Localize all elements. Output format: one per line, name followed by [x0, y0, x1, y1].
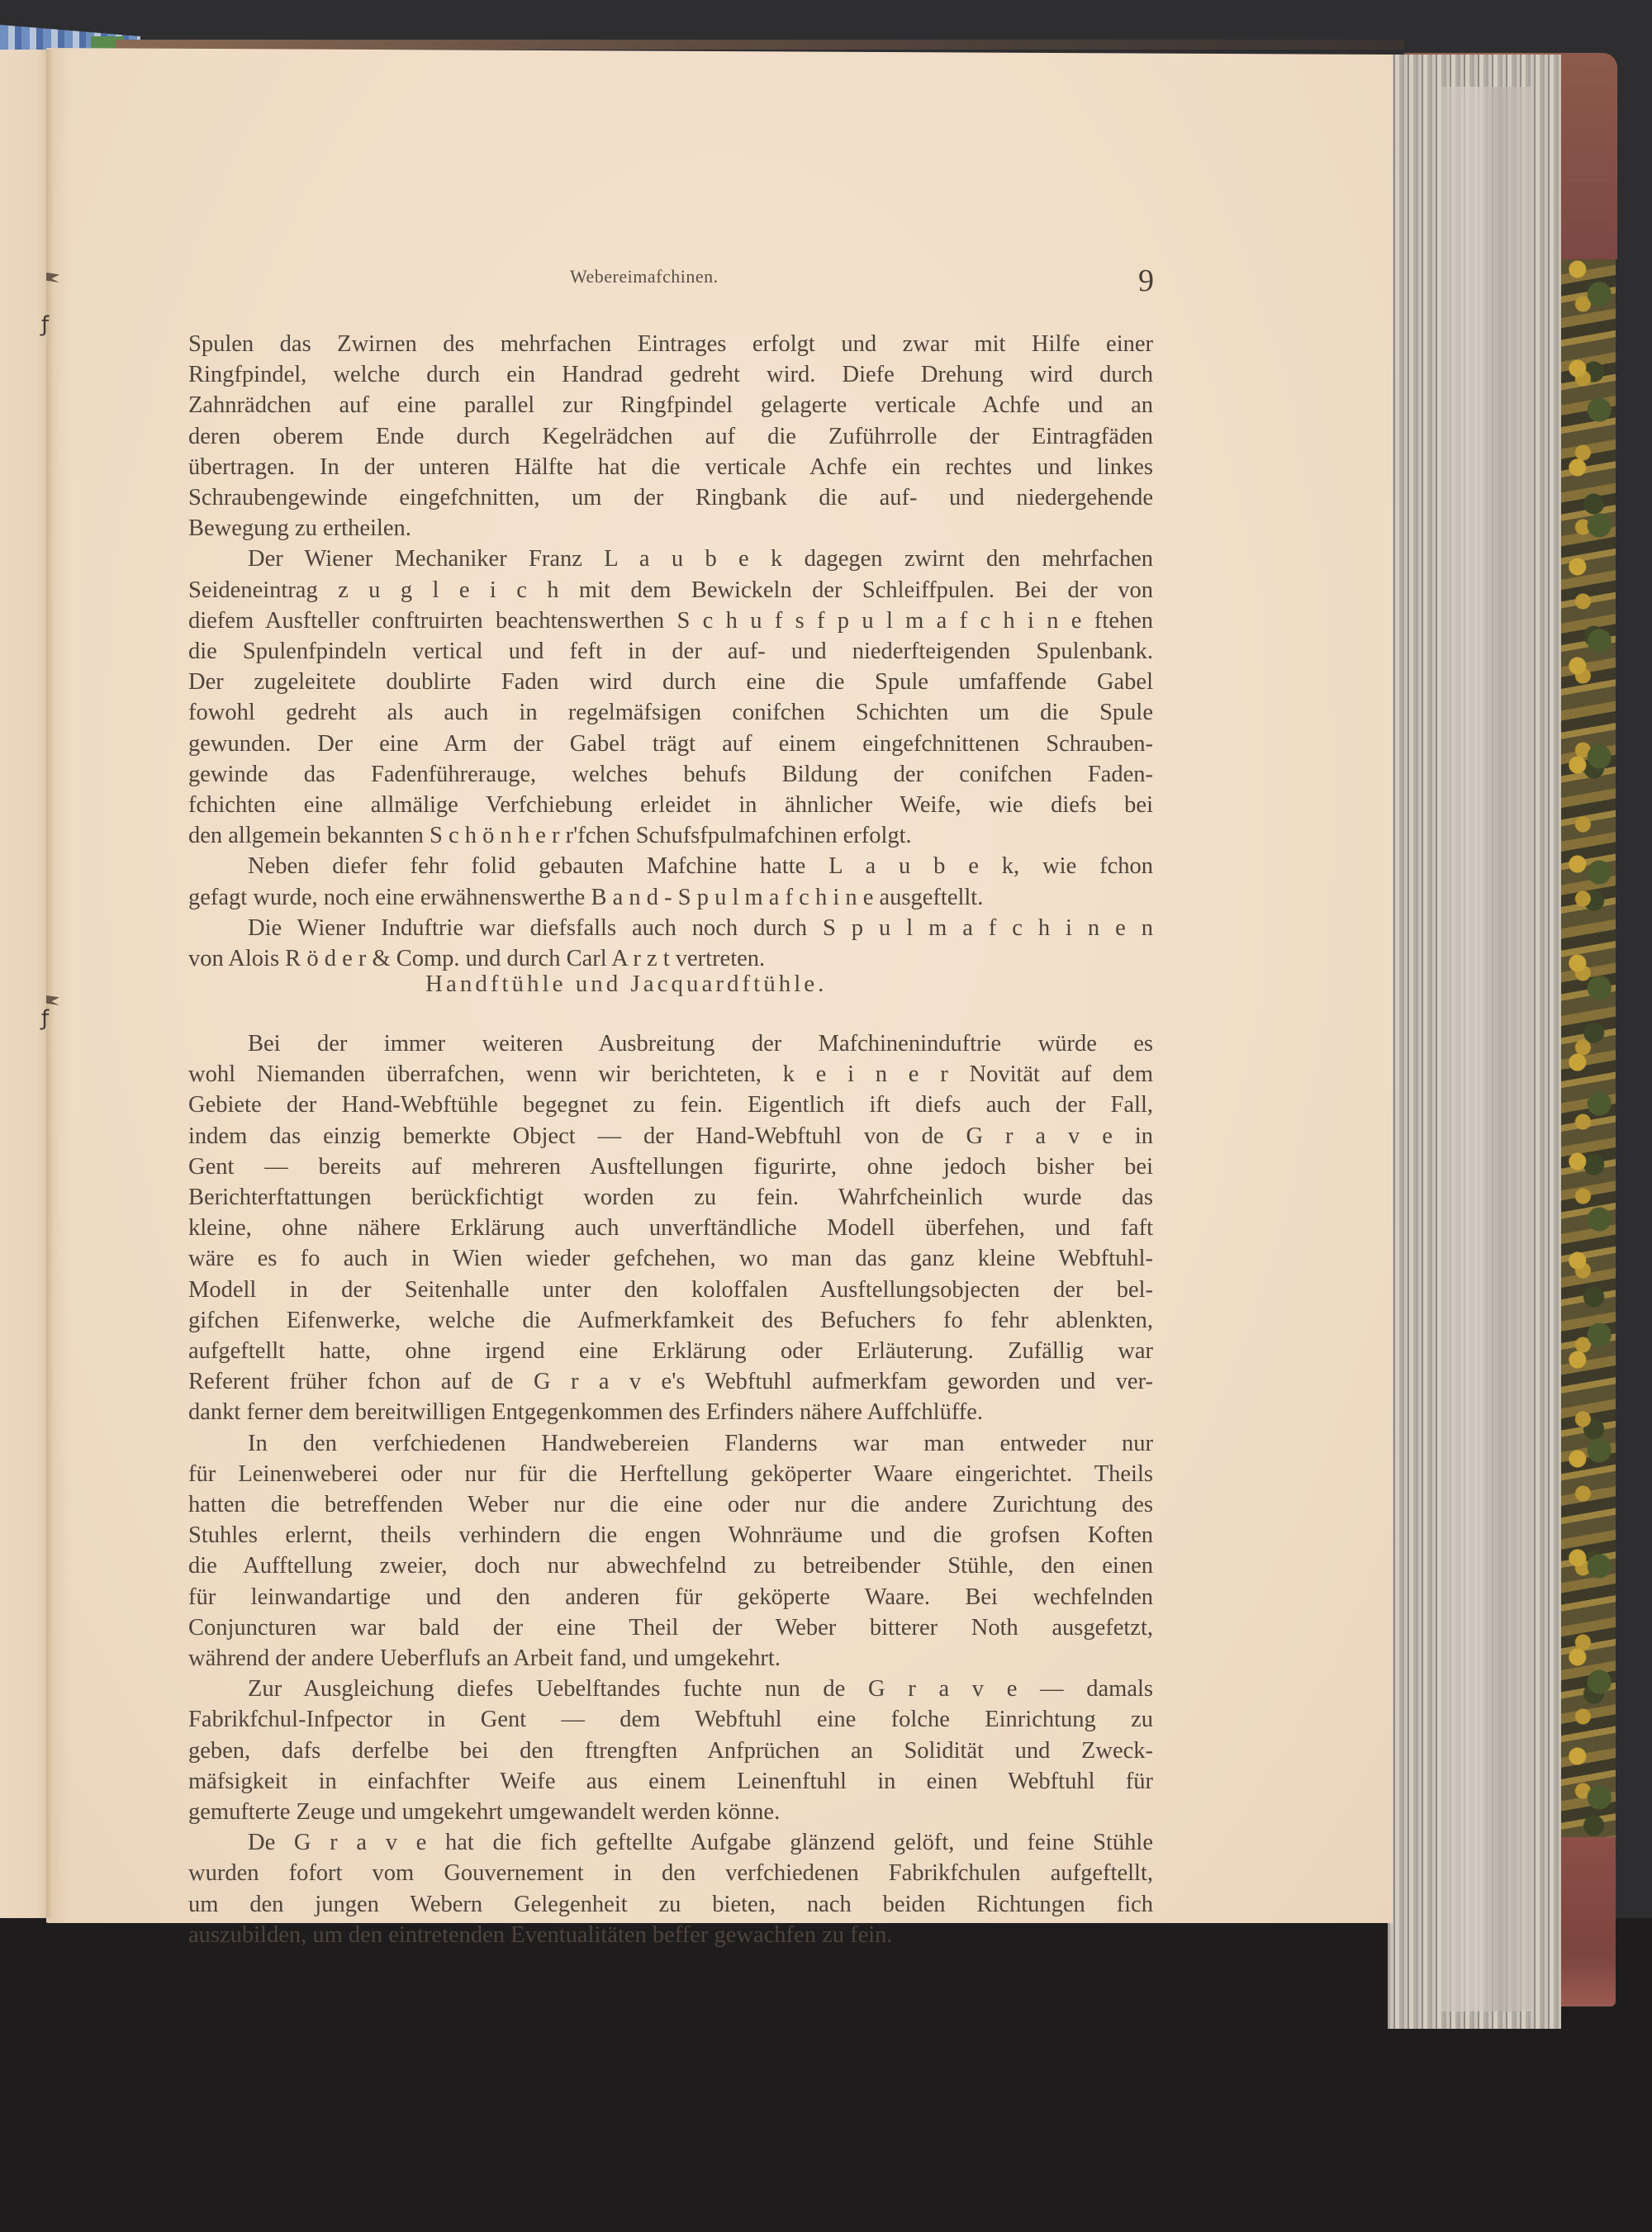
leather-corner-bottom	[1561, 1837, 1616, 2006]
text-line: um den jungen Webern Gelegenheit zu biet…	[188, 1889, 1153, 1920]
text-line: gifchen Eifenwerke, welche die Aufmerkfa…	[188, 1305, 1153, 1336]
text-line: hatten die betreffenden Weber nur die ei…	[188, 1489, 1153, 1520]
leather-corner-top	[1561, 53, 1617, 259]
text-line: kleine, ohne nähere Erklärung auch unver…	[188, 1213, 1153, 1243]
text-line: gemufterte Zeuge und umgekehrt umgewande…	[188, 1797, 1153, 1827]
text-line: De G r a v e hat die fich geftellte Aufg…	[188, 1827, 1153, 1858]
text-line: für leinwandartige und den anderen für g…	[188, 1582, 1153, 1612]
page-number: 9	[1138, 263, 1154, 299]
text-line: Ringfpindel, welche durch ein Handrad ge…	[188, 359, 1153, 390]
text-line: Zahnrädchen auf eine parallel zur Ringfp…	[188, 390, 1153, 420]
text-line: In den verfchiedenen Handwebereien Fland…	[188, 1428, 1153, 1459]
text-line: gewinde das Fadenführerauge, welches beh…	[188, 759, 1153, 790]
text-line: während der andere Ueberflufs an Arbeit …	[188, 1643, 1153, 1674]
text-line: Bei der immer weiteren Ausbreitung der M…	[188, 1028, 1153, 1059]
text-line: Der zugeleitete doublirte Faden wird dur…	[188, 667, 1153, 697]
text-line: auszubilden, um den eintretenden Eventua…	[188, 1920, 1153, 1950]
text-line: Modell in der Seitenhalle unter den kolo…	[188, 1275, 1153, 1305]
text-line: die Spulenfpindeln vertical und feft in …	[188, 636, 1153, 667]
text-line: für Leinenweberei oder nur für die Herft…	[188, 1459, 1153, 1489]
text-line: Die Wiener Induftrie war diefsfalls auch…	[188, 913, 1153, 943]
cover-top-edge	[116, 40, 1404, 50]
text-line: Zur Ausgleichung diefes Uebelftandes fuc…	[188, 1674, 1153, 1704]
text-line: Referent früher fchon auf de G r a v e's…	[188, 1366, 1153, 1397]
text-block-1: Spulen das Zwirnen des mehrfachen Eintra…	[188, 329, 1153, 974]
section-heading: Handftühle und Jacquardftühle.	[425, 971, 1652, 998]
text-line: Fabrikfchul-Infpector in Gent — dem Webf…	[188, 1704, 1153, 1735]
text-line: Berichterftattungen berückfichtigt worde…	[188, 1182, 1153, 1213]
text-line: gewunden. Der eine Arm der Gabel trägt a…	[188, 729, 1153, 759]
margin-mark: ƒ	[41, 1006, 49, 1031]
text-line: Conjuncturen war bald der eine Theil der…	[188, 1612, 1153, 1643]
text-line: Der Wiener Mechaniker Franz L a u b e k …	[188, 544, 1153, 574]
text-line: aufgeftellt hatte, ohne irgend eine Erkl…	[188, 1336, 1153, 1366]
page-fore-edge-highlight	[1441, 87, 1532, 2011]
text-line: fowohl gedreht als auch in regelmäfsigen…	[188, 697, 1153, 728]
text-line: Seideneintrag z u g l e i c h mit dem Be…	[188, 575, 1153, 605]
running-head: Webereimafchinen.	[570, 266, 719, 287]
text-line: Gebiete der Hand-Webftühle begegnet zu f…	[188, 1090, 1153, 1120]
text-line: fchichten eine allmälige Verfchiebung er…	[188, 790, 1153, 820]
text-line: übertragen. In der unteren Hälfte hat di…	[188, 452, 1153, 482]
text-line: deren oberem Ende durch Kegelrädchen auf…	[188, 421, 1153, 452]
text-line: Bewegung zu ertheilen.	[188, 513, 1153, 544]
text-line: indem das einzig bemerkte Object — der H…	[188, 1121, 1153, 1152]
text-line: geben, dafs derfelbe bei den ftrengften …	[188, 1736, 1153, 1766]
text-line: Gent — bereits auf mehreren Ausftellunge…	[188, 1152, 1153, 1182]
text-line: wohl Niemanden überrafchen, wenn wir ber…	[188, 1059, 1153, 1090]
text-line: die Aufftellung zweier, doch nur abwechf…	[188, 1551, 1153, 1581]
marbled-cover-paper	[1561, 259, 1616, 1837]
text-line: Stuhles erlernt, theils verhindern die e…	[188, 1520, 1153, 1551]
text-line: Schraubengewinde eingefchnitten, um der …	[188, 482, 1153, 513]
text-line: Neben diefer fehr folid gebauten Mafchin…	[188, 851, 1153, 881]
text-line: wurden fofort vom Gouvernement in den ve…	[188, 1858, 1153, 1888]
text-line: mäfsigkeit in einfachfter Weife aus eine…	[188, 1766, 1153, 1797]
text-line: diefem Ausfteller conftruirten beachtens…	[188, 605, 1153, 636]
text-line: gefagt wurde, noch eine erwähnenswerthe …	[188, 882, 1153, 913]
text-line: von Alois R ö d e r & Comp. und durch Ca…	[188, 943, 1153, 974]
text-line: wäre es fo auch in Wien wieder gefchehen…	[188, 1243, 1153, 1274]
text-block-2: Bei der immer weiteren Ausbreitung der M…	[188, 1028, 1153, 1950]
text-line: dankt ferner dem bereitwilligen Entgegen…	[188, 1397, 1153, 1427]
text-line: Spulen das Zwirnen des mehrfachen Eintra…	[188, 329, 1153, 359]
text-line: den allgemein bekannten S c h ö n h e r …	[188, 820, 1153, 851]
margin-mark: ƒ	[41, 312, 49, 337]
